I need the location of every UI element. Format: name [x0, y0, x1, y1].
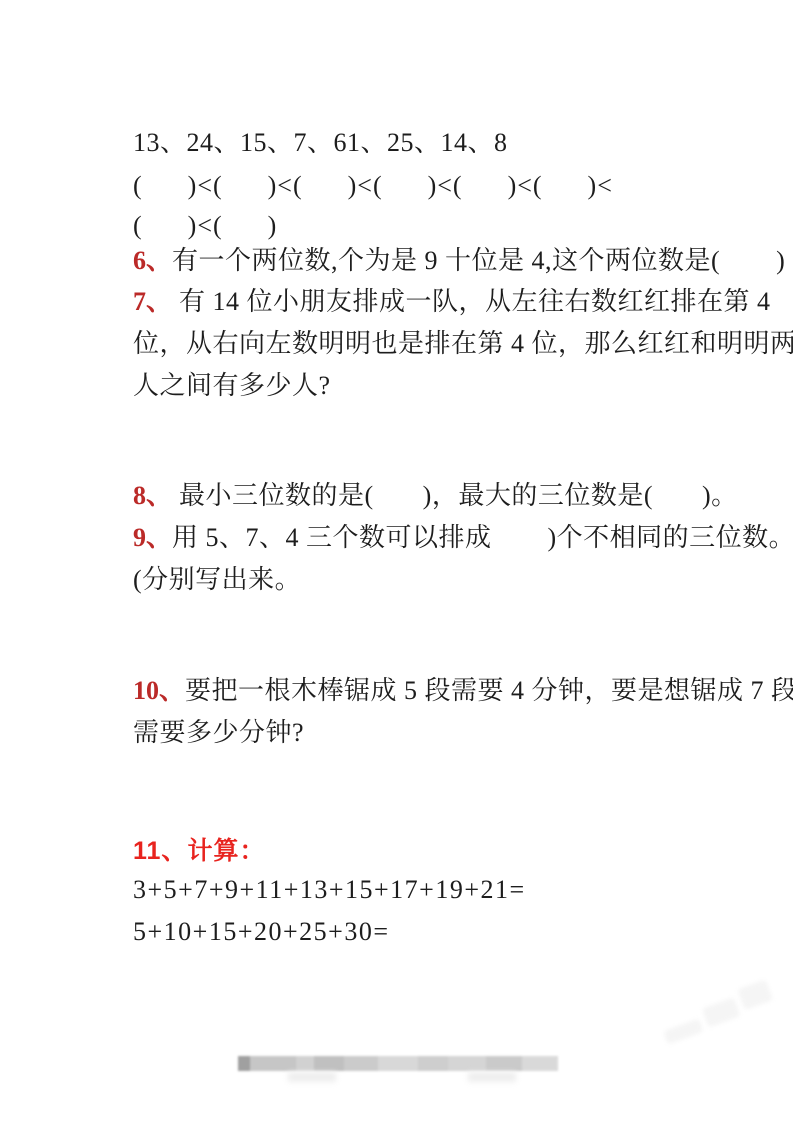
- question-10-text-line-2: 需要多少分钟?: [133, 718, 304, 747]
- question-9: 9、用 5、7、4 三个数可以排成 )个不相同的三位数。 (分别写出来。: [133, 517, 753, 601]
- question-10-number: 10、: [133, 676, 185, 705]
- question-11-number: 11、: [133, 837, 187, 865]
- number-sequence-line: 13、24、15、7、61、25、14、8: [133, 122, 753, 164]
- blurred-redacted-text: [238, 1056, 558, 1071]
- question-8-number: 8、: [133, 481, 172, 510]
- question-7-text-line-2: 位，从右向左数明明也是排在第 4 位，那么红红和明明两: [133, 329, 793, 358]
- question-6: 6、有一个两位数,个为是 9 十位是 4,这个两位数是( ): [133, 240, 753, 282]
- question-7-text-line-3: 人之间有多少人?: [133, 371, 331, 400]
- question-7-text-line-1: 有 14 位小朋友排成一队，从左往右数红红排在第 4: [172, 287, 771, 316]
- question-9-text-line-2: (分别写出来。: [133, 565, 301, 594]
- question-7: 7、 有 14 位小朋友排成一队，从左往右数红红排在第 4 位，从右向左数明明也…: [133, 281, 753, 407]
- comparison-row-1: ( )<( )<( )<( )<( )<( )<: [133, 165, 753, 207]
- comparison-blanks-2: ( )<( ): [133, 211, 277, 240]
- question-6-text: 有一个两位数,个为是 9 十位是 4,这个两位数是( ): [172, 246, 785, 275]
- worksheet-page: 13、24、15、7、61、25、14、8 ( )<( )<( )<( )<( …: [0, 0, 793, 1122]
- equation-2: 5+10+15+20+25+30=: [133, 917, 389, 946]
- question-8: 8、 最小三位数的是( )，最大的三位数是( )。: [133, 475, 753, 517]
- question-9-number: 9、: [133, 523, 172, 552]
- sequence-text: 13、24、15、7、61、25、14、8: [133, 128, 508, 157]
- question-11-header: 11、计算：: [133, 830, 753, 872]
- blur-smudge: [288, 1072, 336, 1082]
- question-10-text-line-1: 要把一根木棒锯成 5 段需要 4 分钟，要是想锯成 7 段: [185, 676, 793, 705]
- equation-1: 3+5+7+9+11+13+15+17+19+21=: [133, 875, 526, 904]
- question-10: 10、要把一根木棒锯成 5 段需要 4 分钟，要是想锯成 7 段 需要多少分钟?: [133, 670, 753, 754]
- question-6-number: 6、: [133, 246, 172, 275]
- question-9-text-line-1: 用 5、7、4 三个数可以排成 )个不相同的三位数。: [172, 523, 793, 552]
- corner-watermark: [649, 965, 792, 1066]
- comparison-blanks-1: ( )<( )<( )<( )<( )<( )<: [133, 171, 613, 200]
- calculation-equations: 3+5+7+9+11+13+15+17+19+21= 5+10+15+20+25…: [133, 869, 753, 953]
- question-11-label: 计算：: [187, 837, 265, 865]
- blur-smudge: [468, 1072, 516, 1082]
- question-7-number: 7、: [133, 287, 172, 316]
- question-8-text: 最小三位数的是( )，最大的三位数是( )。: [172, 481, 738, 510]
